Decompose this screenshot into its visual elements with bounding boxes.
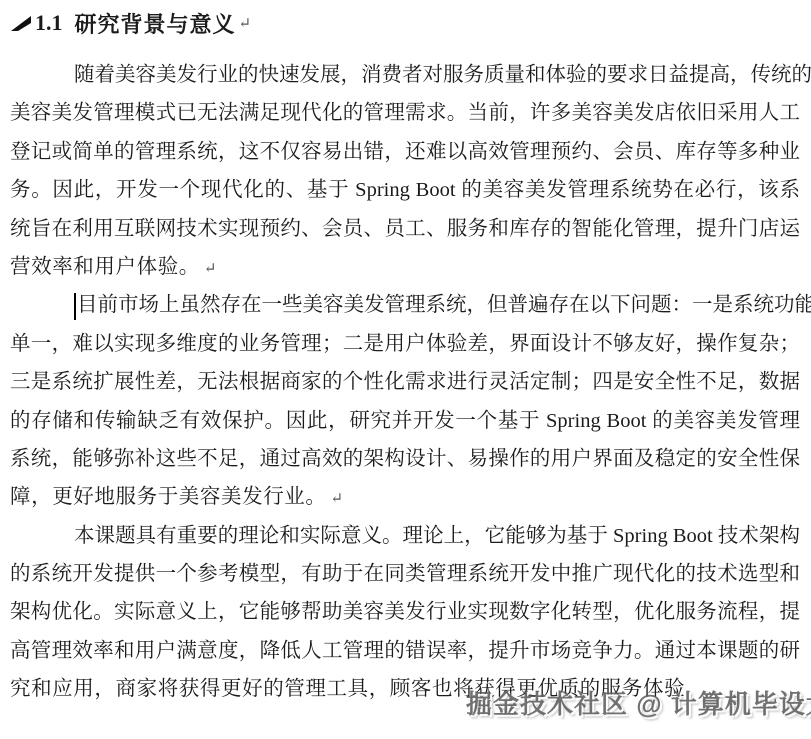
body-line: 营效率和用户体验。↵ <box>10 248 800 286</box>
body-line: 登记或简单的管理系统，这不仅容易出错，还难以高效管理预约、会员、库存等多种业 <box>10 133 800 171</box>
body-line: 系统，能够弥补这些不足，通过高效的架构设计、易操作的用户界面及稳定的安全性保 <box>10 440 800 478</box>
body-line: 究和应用，商家将获得更好的管理工具，顾客也将获得更优质的服务体验 <box>10 670 800 708</box>
collapsed-heading-flag-icon[interactable] <box>10 15 32 32</box>
body-line: 本课题具有重要的理论和实际意义。理论上，它能够为基于 Spring Boot 技… <box>10 517 800 555</box>
section-heading: 1.1 研究背景与意义 ↵ <box>10 6 251 40</box>
body-line: 单一，难以实现多维度的业务管理；二是用户体验差，界面设计不够友好，操作复杂； <box>10 325 800 363</box>
heading-title: 研究背景与意义 <box>75 8 236 39</box>
paragraph-mark-icon: ↵ <box>331 491 344 507</box>
body-line: 三是系统扩展性差，无法根据商家的个性化需求进行灵活定制；四是安全性不足，数据 <box>10 363 800 401</box>
body-line: 障，更好地服务于美容美发行业。↵ <box>10 478 800 516</box>
body-line-text: 障，更好地服务于美容美发行业。 <box>10 486 327 508</box>
paragraph-mark-icon: ↵ <box>239 14 252 33</box>
body-line: 高管理效率和用户满意度，降低人工管理的错误率，提升市场竞争力。通过本课题的研 <box>10 632 800 670</box>
text-cursor <box>74 293 76 320</box>
body-line: 统旨在利用互联网技术实现预约、会员、员工、服务和库存的智能化管理，提升门店运 <box>10 210 800 248</box>
body-line: 目前市场上虽然存在一些美容美发管理系统，但普遍存在以下问题：一是系统功能 <box>10 286 800 324</box>
body-line-text: 目前市场上虽然存在一些美容美发管理系统，但普遍存在以下问题：一是系统功能 <box>77 294 811 316</box>
body-line-text: 营效率和用户体验。 <box>10 256 200 278</box>
body-line: 的存储和传输缺乏有效保护。因此，研究并开发一个基于 Spring Boot 的美… <box>10 402 800 440</box>
document-page: 1.1 研究背景与意义 ↵ 随着美容美发行业的快速发展，消费者对服务质量和体验的… <box>0 0 811 739</box>
paragraph-mark-icon: ↵ <box>204 261 217 277</box>
body-line: 随着美容美发行业的快速发展，消费者对服务质量和体验的要求日益提高，传统的 <box>10 56 800 94</box>
heading-number: 1.1 <box>35 10 63 36</box>
body-line: 架构优化。实际意义上，它能够帮助美容美发行业实现数字化转型，优化服务流程，提 <box>10 593 800 631</box>
body-line: 美容美发管理模式已无法满足现代化的管理需求。当前，许多美容美发店依旧采用人工 <box>10 94 800 132</box>
document-text-area[interactable]: 随着美容美发行业的快速发展，消费者对服务质量和体验的要求日益提高，传统的 美容美… <box>10 56 800 709</box>
body-line: 务。因此，开发一个现代化的、基于 Spring Boot 的美容美发管理系统势在… <box>10 171 800 209</box>
body-line: 的系统开发提供一个参考模型，有助于在同类管理系统开发中推广现代化的技术选型和 <box>10 555 800 593</box>
